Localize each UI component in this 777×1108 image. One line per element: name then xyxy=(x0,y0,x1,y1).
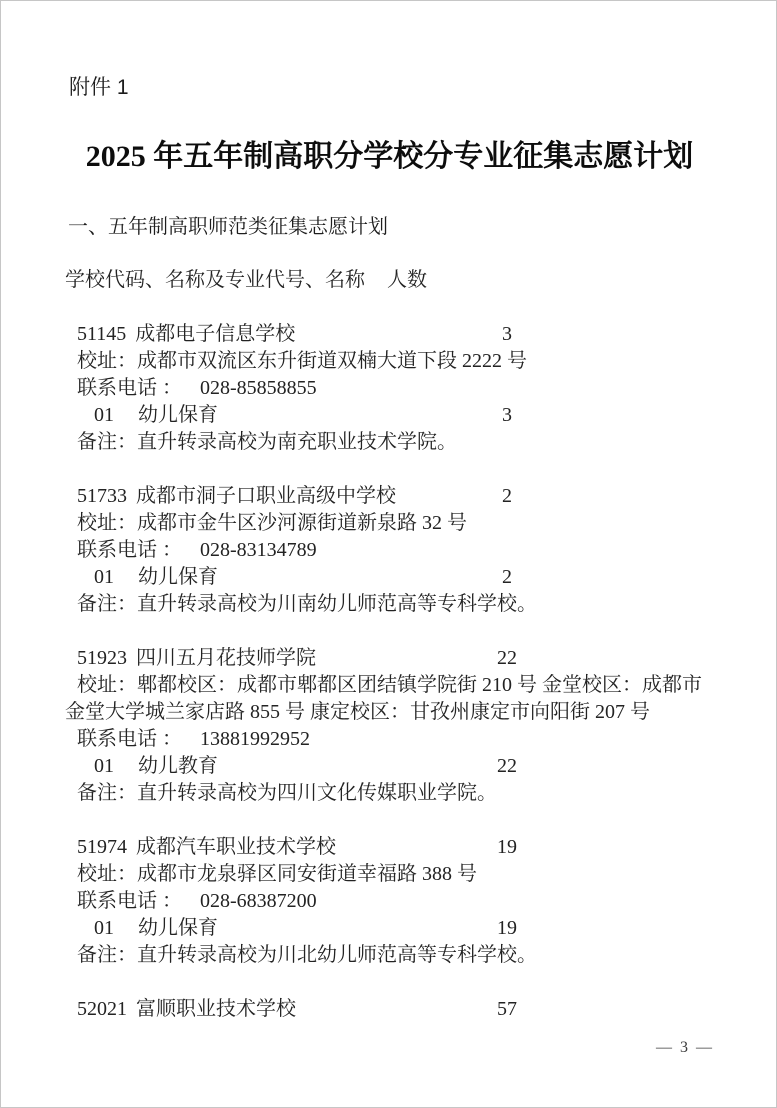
page-number: — 3 — xyxy=(656,1039,714,1057)
major-count: 19 xyxy=(477,915,537,942)
note-value: 直升转录高校为南充职业技术学院。 xyxy=(137,431,457,453)
school-count: 19 xyxy=(477,834,537,861)
major-code: 01 xyxy=(94,566,114,588)
school-phone-row: 联系电话 ：028-85858855 xyxy=(65,375,714,402)
school-entry: 51923四川五月花技师学院22 校址：郫都校区：成都市郫都区团结镇学院街 21… xyxy=(65,645,714,807)
address-value: 成都市双流区东升街道双楠大道下段 2222 号 xyxy=(137,350,527,372)
school-name: 成都电子信息学校 xyxy=(135,323,295,345)
major-name: 幼儿保育 xyxy=(138,917,218,939)
school-row: 51733成都市洞子口职业高级中学校2 xyxy=(65,483,714,510)
list-header-count: 人数 xyxy=(387,269,427,291)
note-value: 直升转录高校为四川文化传媒职业学院。 xyxy=(137,782,497,804)
phone-value: 13881992952 xyxy=(200,728,310,750)
address-value: 郫都校区：成都市郫都区团结镇学院街 210 号 金堂校区：成都市金堂大学城兰家店… xyxy=(65,674,702,723)
major-name: 幼儿教育 xyxy=(138,755,218,777)
school-phone-row: 联系电话 ：028-68387200 xyxy=(65,888,714,915)
school-row: 51923四川五月花技师学院22 xyxy=(65,645,714,672)
phone-value: 028-68387200 xyxy=(200,890,317,912)
school-entry: 51733成都市洞子口职业高级中学校2 校址：成都市金牛区沙河源街道新泉路 32… xyxy=(65,483,714,618)
major-code: 01 xyxy=(94,917,114,939)
major-row: 01幼儿保育2 xyxy=(65,564,714,591)
note-label: 备注： xyxy=(77,593,137,615)
school-row: 52021富顺职业技术学校57 xyxy=(65,996,714,1023)
major-name: 幼儿保育 xyxy=(138,566,218,588)
school-row: 51145成都电子信息学校3 xyxy=(65,321,714,348)
document-title: 2025 年五年制高职分学校分专业征集志愿计划 xyxy=(65,137,714,177)
school-row: 51974成都汽车职业技术学校19 xyxy=(65,834,714,861)
note-label: 备注： xyxy=(77,944,137,966)
major-name: 幼儿保育 xyxy=(138,404,218,426)
school-code: 51145 xyxy=(77,323,126,345)
major-row: 01幼儿教育22 xyxy=(65,753,714,780)
major-count: 22 xyxy=(477,753,537,780)
school-code: 51974 xyxy=(77,836,127,858)
address-value: 成都市龙泉驿区同安街道幸福路 388 号 xyxy=(137,863,477,885)
note-value: 直升转录高校为川南幼儿师范高等专科学校。 xyxy=(137,593,537,615)
phone-value: 028-83134789 xyxy=(200,539,317,561)
school-count: 2 xyxy=(477,483,537,510)
major-count: 2 xyxy=(477,564,537,591)
school-name: 成都市洞子口职业高级中学校 xyxy=(136,485,396,507)
address-value: 成都市金牛区沙河源街道新泉路 32 号 xyxy=(137,512,467,534)
note-label: 备注： xyxy=(77,782,137,804)
major-row: 01幼儿保育3 xyxy=(65,402,714,429)
school-count: 22 xyxy=(477,645,537,672)
school-code: 52021 xyxy=(77,998,127,1020)
address-label: 校址： xyxy=(77,512,137,534)
school-note-row: 备注：直升转录高校为川南幼儿师范高等专科学校。 xyxy=(65,591,714,618)
school-address-row: 校址：郫都校区：成都市郫都区团结镇学院街 210 号 金堂校区：成都市金堂大学城… xyxy=(65,672,714,726)
school-entry: 51145成都电子信息学校3 校址：成都市双流区东升街道双楠大道下段 2222 … xyxy=(65,321,714,456)
school-count: 57 xyxy=(477,996,537,1023)
school-address-row: 校址：成都市金牛区沙河源街道新泉路 32 号 xyxy=(65,510,714,537)
section-heading: 一、五年制高职师范类征集志愿计划 xyxy=(65,214,714,241)
phone-value: 028-85858855 xyxy=(200,377,317,399)
school-phone-row: 联系电话 ：13881992952 xyxy=(65,726,714,753)
school-phone-row: 联系电话 ：028-83134789 xyxy=(65,537,714,564)
school-name: 四川五月花技师学院 xyxy=(136,647,316,669)
school-code: 51733 xyxy=(77,485,127,507)
school-entry: 52021富顺职业技术学校57 xyxy=(65,996,714,1023)
phone-label: 联系电话 ： xyxy=(77,890,182,912)
major-row: 01幼儿保育19 xyxy=(65,915,714,942)
list-header: 学校代码、名称及专业代号、名称人数 xyxy=(65,267,714,294)
school-address-row: 校址：成都市龙泉驿区同安街道幸福路 388 号 xyxy=(65,861,714,888)
address-label: 校址： xyxy=(77,674,137,696)
address-label: 校址： xyxy=(77,350,137,372)
note-label: 备注： xyxy=(77,431,137,453)
phone-label: 联系电话 ： xyxy=(77,539,182,561)
note-value: 直升转录高校为川北幼儿师范高等专科学校。 xyxy=(137,944,537,966)
school-note-row: 备注：直升转录高校为四川文化传媒职业学院。 xyxy=(65,780,714,807)
address-label: 校址： xyxy=(77,863,137,885)
school-name: 富顺职业技术学校 xyxy=(136,998,296,1020)
school-count: 3 xyxy=(477,321,537,348)
phone-label: 联系电话 ： xyxy=(77,728,182,750)
school-entry: 51974成都汽车职业技术学校19 校址：成都市龙泉驿区同安街道幸福路 388 … xyxy=(65,834,714,969)
phone-label: 联系电话 ： xyxy=(77,377,182,399)
school-note-row: 备注：直升转录高校为南充职业技术学院。 xyxy=(65,429,714,456)
attachment-label: 附件 1 xyxy=(65,75,714,101)
document-page: 附件 1 2025 年五年制高职分学校分专业征集志愿计划 一、五年制高职师范类征… xyxy=(0,0,777,1108)
school-address-row: 校址：成都市双流区东升街道双楠大道下段 2222 号 xyxy=(65,348,714,375)
major-code: 01 xyxy=(94,404,114,426)
list-header-columns: 学校代码、名称及专业代号、名称 xyxy=(65,269,365,291)
school-note-row: 备注：直升转录高校为川北幼儿师范高等专科学校。 xyxy=(65,942,714,969)
major-count: 3 xyxy=(477,402,537,429)
major-code: 01 xyxy=(94,755,114,777)
school-name: 成都汽车职业技术学校 xyxy=(136,836,336,858)
school-code: 51923 xyxy=(77,647,127,669)
